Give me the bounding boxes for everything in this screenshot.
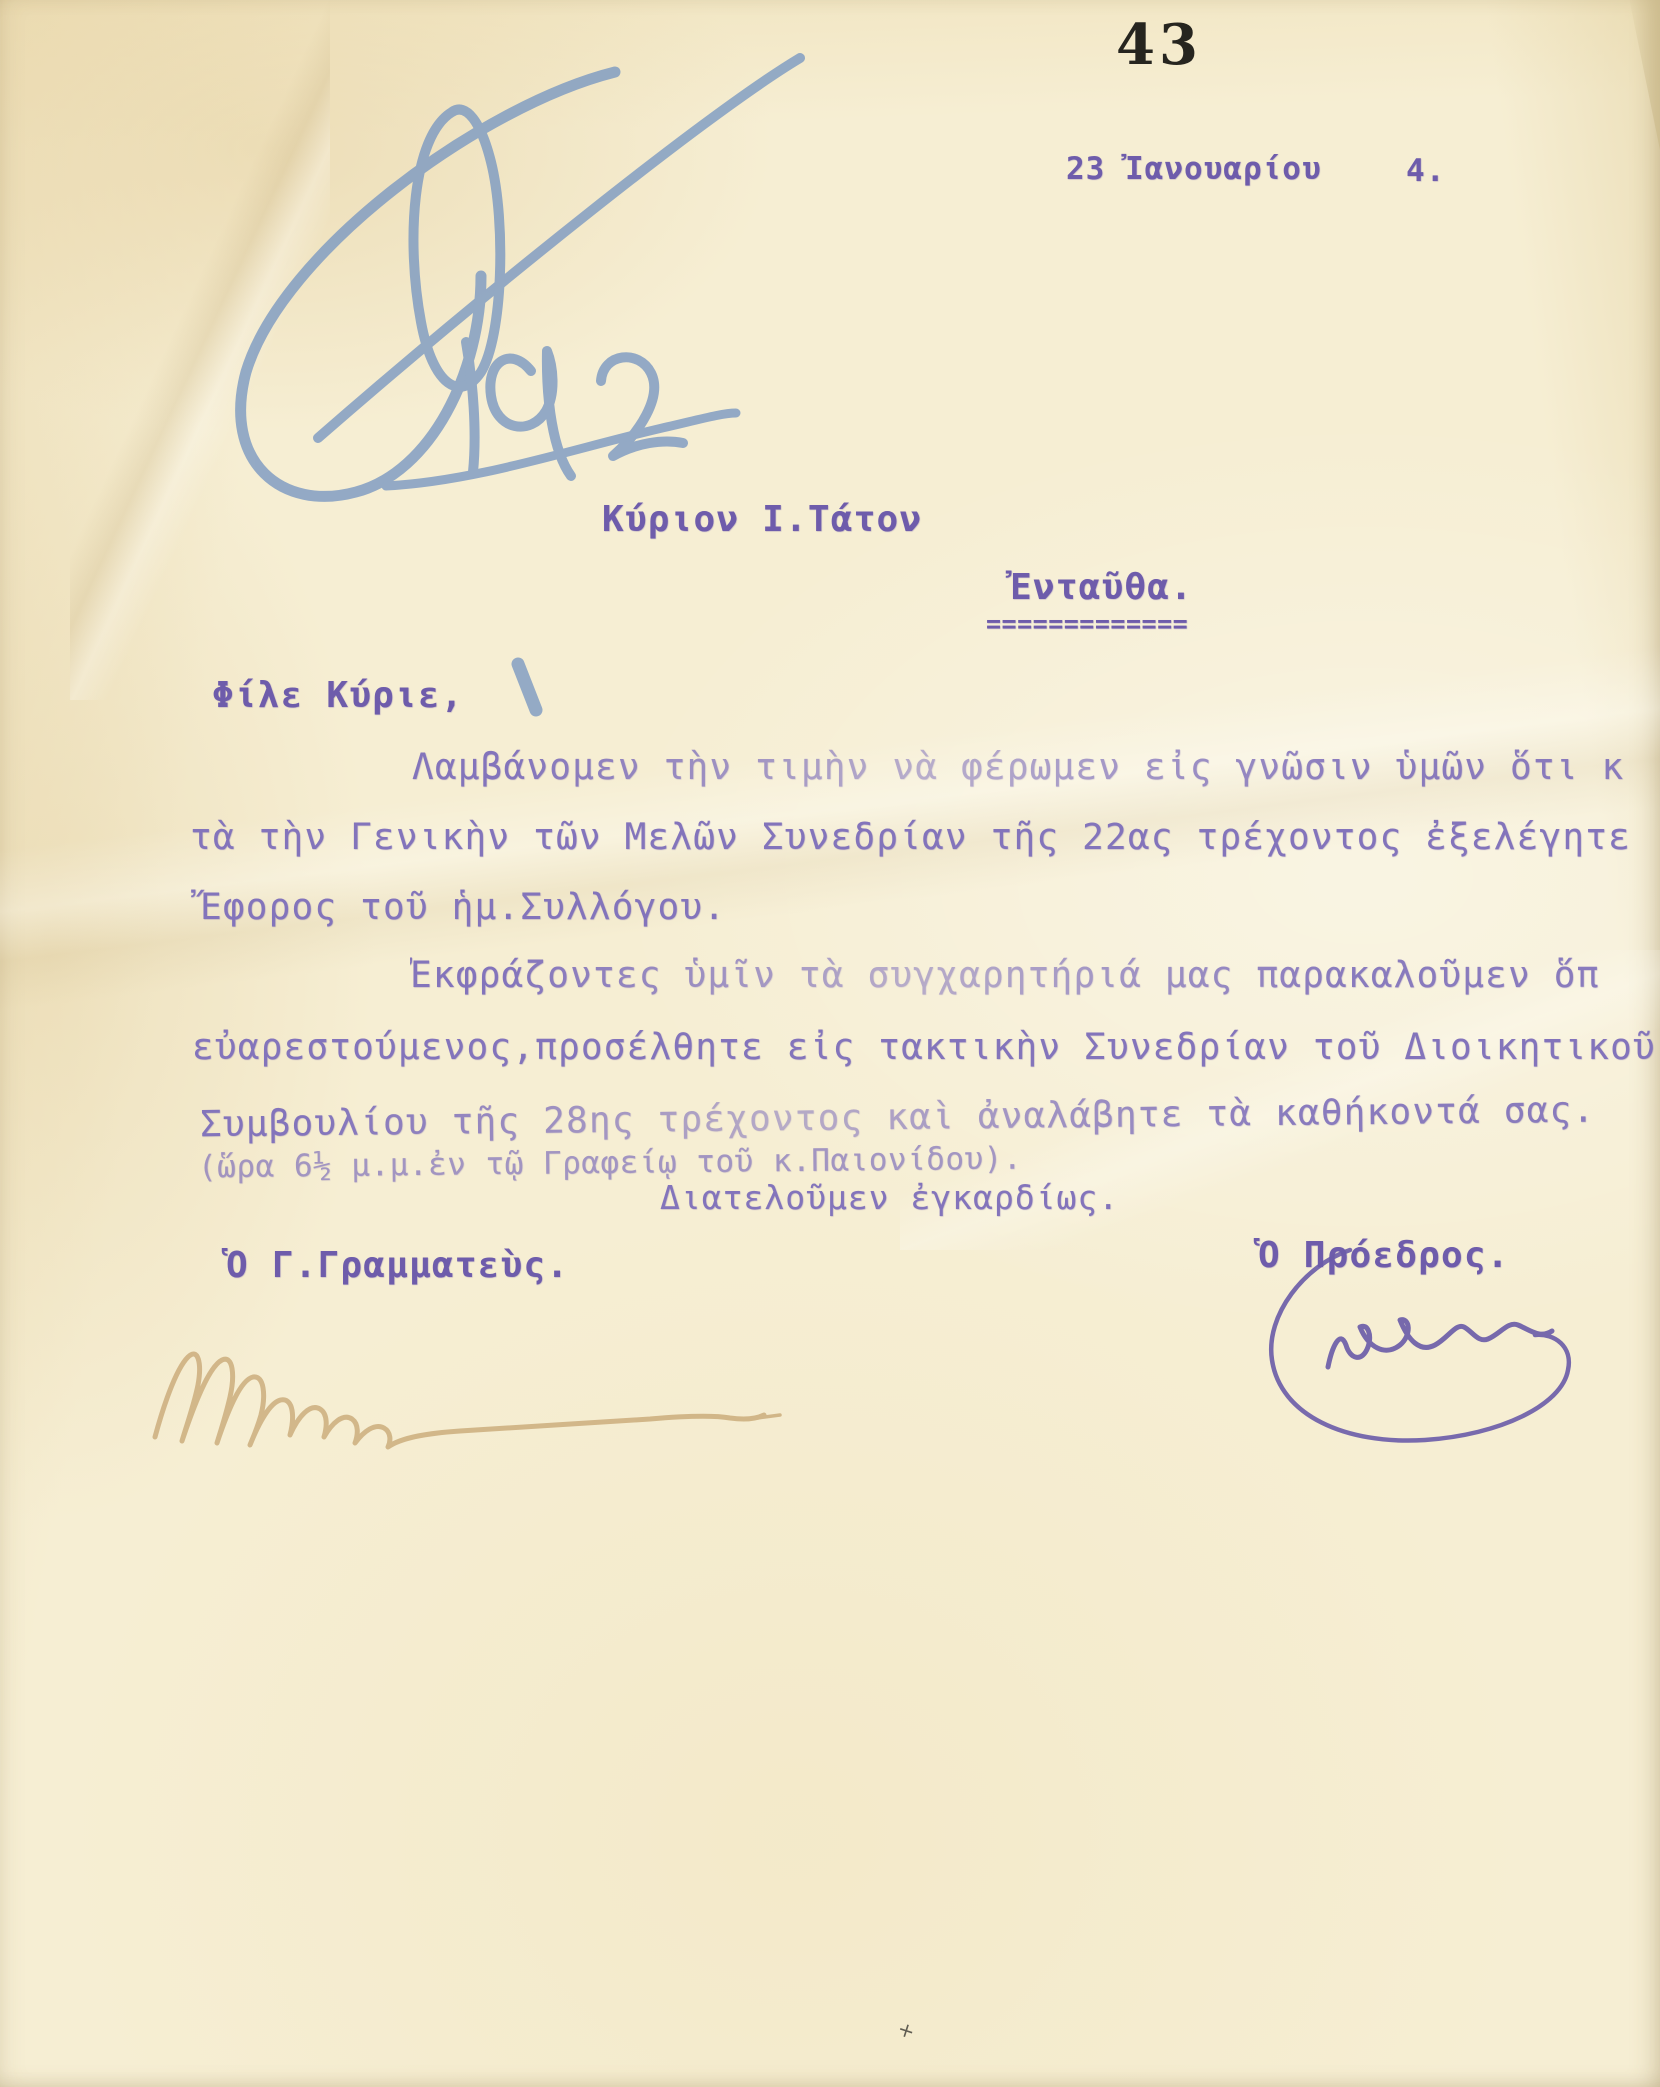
body-line: τὰ τὴν Γενικὴν τῶν Μελῶν Συνεδρίαν τῆς 2… [190,818,1631,858]
salutation: Φίλε Κύριε, [212,676,464,716]
page-number: 43 [1116,12,1202,78]
body-line: Ἐκφράζοντες ὑμῖν τὰ συγχαρητήριά μας παρ… [410,956,1599,996]
secretary-signature [140,1315,800,1465]
body-line: Λαμβάνομεν τὴν τιμὴν νὰ φέρωμεν εἰς γνῶσ… [412,748,1624,788]
torn-corner [1626,0,1660,150]
date-year: 4. [1406,154,1446,188]
place-underline: ============= [986,610,1188,638]
closing-line: Διατελοῦμεν ἐγκαρδίως. [660,1180,1119,1216]
scanned-letter-page: 43 23 Ἰανουαρίου 4. Κύριον Ι.Τάτον Ἐνταῦ… [0,0,1660,2087]
stray-ink-mark: + [895,2016,918,2044]
paper-crease [70,0,330,700]
president-title: Ὁ Πρόεδρος. [1258,1236,1510,1276]
date-day-month: 23 Ἰανουαρίου [1066,152,1322,186]
blue-pencil-scrawl [150,40,810,740]
secretary-title: Ὁ Γ.Γραμματεὺς. [226,1246,569,1286]
recipient-line: Κύριον Ι.Τάτον [602,500,922,540]
body-line: Ἔφορος τοῦ ἡμ.Συλλόγου. [200,888,726,928]
body-line: εὐαρεστούμενος,προσέλθητε εἰς τακτικὴν Σ… [192,1028,1656,1068]
place-line: Ἐνταῦθα. [1010,568,1193,608]
body-line: Συμβουλίου τῆς 28ης τρέχοντος καὶ ἀναλάβ… [200,1091,1596,1145]
